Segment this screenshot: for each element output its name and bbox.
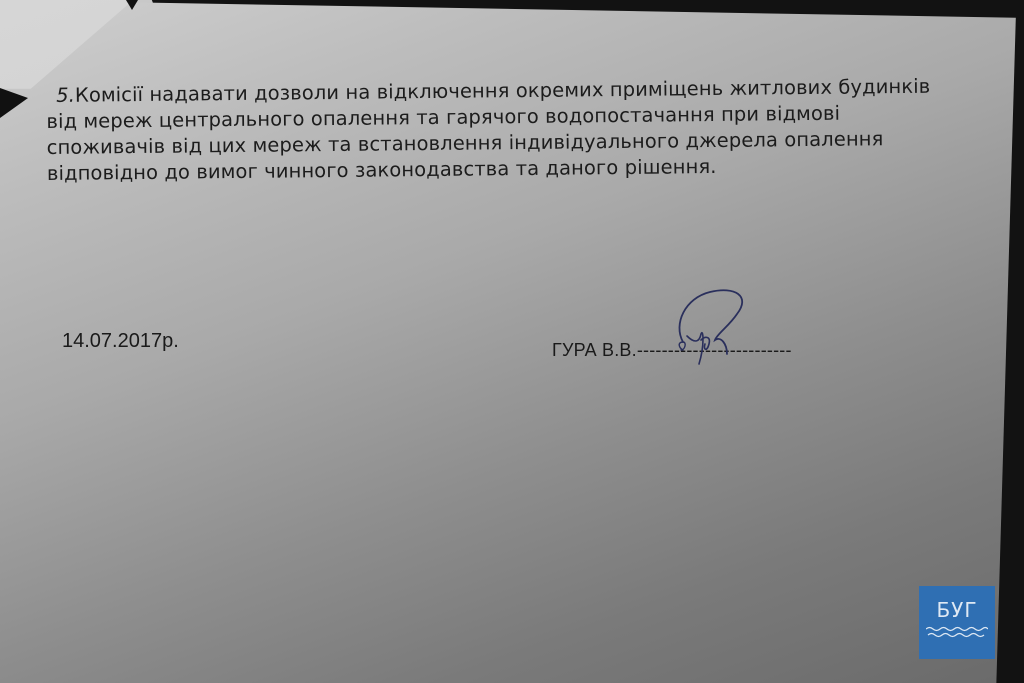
handwritten-signature-icon — [665, 284, 755, 374]
document-date: 14.07.2017р. — [62, 330, 179, 353]
clause-paragraph: 5.Комісії надавати дозволи на відключенн… — [46, 73, 987, 187]
watermark-label: БУГ — [936, 600, 977, 620]
document-content: 5.Комісії надавати дозволи на відключенн… — [0, 0, 1024, 683]
signatory-name: ГУРА В.В. — [552, 340, 637, 360]
watermark-logo: БУГ — [919, 586, 995, 659]
waves-icon — [926, 625, 988, 639]
photo-scene: 5.Комісії надавати дозволи на відключенн… — [0, 0, 1024, 683]
clause-number: 5. — [56, 84, 75, 107]
